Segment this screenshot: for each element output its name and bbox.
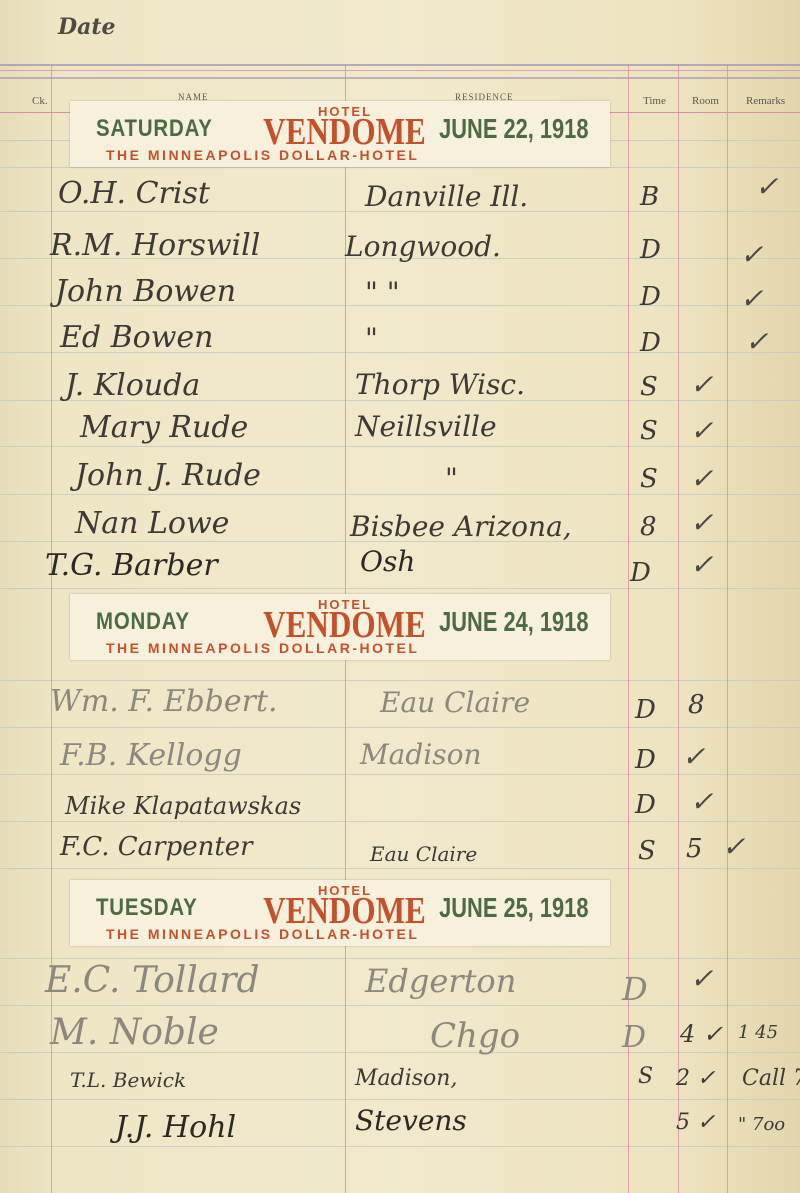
guest-name: E.C. Tollard <box>45 960 260 1001</box>
ruled-line <box>0 727 800 728</box>
guest-residence: Stevens <box>355 1104 467 1137</box>
guest-remarks: Call 7 <box>742 1066 800 1091</box>
guest-room: 4 ✓ <box>680 1020 723 1048</box>
column-header-remarks: Remarks <box>746 95 785 107</box>
remarks-check-icon: ✓ <box>755 170 778 203</box>
stamp-hotel-name: VENDOME <box>263 606 419 644</box>
guest-time: 8 <box>640 512 657 542</box>
guest-time: D <box>640 282 661 312</box>
guest-time: S <box>638 836 656 866</box>
guest-residence: Osh <box>360 545 415 578</box>
ruled-line <box>0 588 800 589</box>
room-check-icon: ✓ <box>690 414 713 447</box>
guest-time: D <box>635 745 656 775</box>
stamp-hotel-name: VENDOME <box>263 892 419 930</box>
guest-time: S <box>638 1064 653 1089</box>
hotel-register-page: Date Ck. NAME RESIDENCE Time Room Remark… <box>0 0 800 1193</box>
ruled-line <box>0 821 800 822</box>
guest-name: Mike Klapatawskas <box>65 792 301 820</box>
ruled-line <box>0 1005 800 1006</box>
guest-time: D <box>622 970 648 1008</box>
guest-name: T.L. Bewick <box>70 1068 186 1092</box>
ruled-line <box>0 868 800 869</box>
room-check-icon: ✓ <box>690 368 713 401</box>
remarks-check-icon: ✓ <box>740 282 763 315</box>
guest-name: Mary Rude <box>80 410 248 445</box>
guest-time: D <box>630 558 651 588</box>
date-label: Date <box>58 14 116 40</box>
guest-residence: " " <box>365 276 400 309</box>
room-check-icon: ✓ <box>690 506 713 539</box>
stamp-hotel-name: VENDOME <box>263 113 419 151</box>
guest-residence: Chgo <box>430 1016 520 1056</box>
guest-residence: Thorp Wisc. <box>355 368 525 401</box>
column-rule <box>727 64 728 1193</box>
room-check-icon: ✓ <box>690 962 713 995</box>
header-rule <box>0 77 800 79</box>
stamp-tagline: THE MINNEAPOLIS DOLLAR-HOTEL <box>106 640 419 656</box>
guest-remarks: 1 45 <box>738 1022 778 1043</box>
ruled-line <box>0 167 800 168</box>
column-rule <box>678 64 679 1193</box>
guest-name: M. Noble <box>50 1012 219 1053</box>
stamp-tagline: THE MINNEAPOLIS DOLLAR-HOTEL <box>106 926 419 942</box>
guest-residence: Madison <box>360 738 482 771</box>
guest-name: F.B. Kellogg <box>60 738 242 773</box>
room-check-icon: ✓ <box>682 740 705 773</box>
guest-name: John J. Rude <box>75 458 261 493</box>
remarks-check-icon: ✓ <box>722 830 745 863</box>
guest-name: John Bowen <box>55 274 236 309</box>
guest-residence: Eau Claire <box>370 842 477 866</box>
guest-name: Wm. F. Ebbert. <box>50 684 278 719</box>
guest-time: D <box>622 1020 646 1055</box>
date-stamp-tuesday: TUESDAY HOTEL VENDOME JUNE 25, 1918 THE … <box>70 880 610 946</box>
ruled-line <box>0 494 800 495</box>
guest-name: T.G. Barber <box>45 548 218 583</box>
remarks-check-icon: ✓ <box>745 325 768 358</box>
guest-room: 5 ✓ <box>676 1110 715 1135</box>
date-stamp-monday: MONDAY HOTEL VENDOME JUNE 24, 1918 THE M… <box>70 594 610 660</box>
stamp-day: TUESDAY <box>96 894 198 922</box>
guest-room: 5 <box>686 834 703 864</box>
guest-time: D <box>635 695 656 725</box>
guest-time: S <box>640 416 658 446</box>
guest-residence: Edgerton <box>365 962 516 1000</box>
column-header-time: Time <box>643 95 666 107</box>
guest-name: R.M. Horswill <box>50 228 260 263</box>
guest-residence: " <box>445 462 458 495</box>
remarks-check-icon: ✓ <box>740 238 763 271</box>
room-check-icon: ✓ <box>690 785 713 818</box>
stamp-day: MONDAY <box>96 608 190 636</box>
guest-name: J. Klouda <box>65 368 200 403</box>
guest-remarks: " 7oo <box>738 1114 785 1135</box>
guest-time: D <box>640 328 661 358</box>
guest-name: O.H. Crist <box>58 176 210 211</box>
guest-residence: Eau Claire <box>380 686 530 719</box>
guest-time: S <box>640 372 658 402</box>
header-rule <box>0 64 800 66</box>
guest-time: B <box>640 182 659 212</box>
guest-name: Ed Bowen <box>60 320 214 355</box>
guest-residence: Bisbee Arizona, <box>350 510 572 543</box>
stamp-tagline: THE MINNEAPOLIS DOLLAR-HOTEL <box>106 147 419 163</box>
stamp-date: JUNE 24, 1918 <box>439 606 588 638</box>
date-stamp-saturday: SATURDAY HOTEL VENDOME JUNE 22, 1918 THE… <box>70 101 610 167</box>
ruled-line <box>0 446 800 447</box>
room-check-icon: ✓ <box>690 462 713 495</box>
guest-room: 2 ✓ <box>676 1066 715 1091</box>
guest-name: J.J. Hohl <box>115 1110 236 1145</box>
guest-residence: Danville Ill. <box>365 180 528 213</box>
guest-residence: Longwood. <box>345 230 501 263</box>
ruled-line <box>0 680 800 681</box>
ruled-line <box>0 1099 800 1100</box>
room-check-icon: ✓ <box>690 548 713 581</box>
guest-residence: Madison, <box>355 1066 457 1091</box>
column-header-ck: Ck. <box>32 95 48 107</box>
guest-name: F.C. Carpenter <box>60 832 253 862</box>
guest-room: 8 <box>688 690 705 720</box>
ruled-line <box>0 958 800 959</box>
guest-time: D <box>635 790 656 820</box>
stamp-date: JUNE 22, 1918 <box>439 113 588 145</box>
guest-name: Nan Lowe <box>75 506 229 541</box>
guest-residence: " <box>365 322 378 355</box>
stamp-day: SATURDAY <box>96 115 213 143</box>
guest-time: S <box>640 464 658 494</box>
ruled-line <box>0 774 800 775</box>
guest-time: D <box>640 235 661 265</box>
guest-residence: Neillsville <box>355 410 497 443</box>
header-rule <box>0 70 800 71</box>
stamp-date: JUNE 25, 1918 <box>439 892 588 924</box>
column-header-room: Room <box>692 95 719 107</box>
ruled-line <box>0 1146 800 1147</box>
